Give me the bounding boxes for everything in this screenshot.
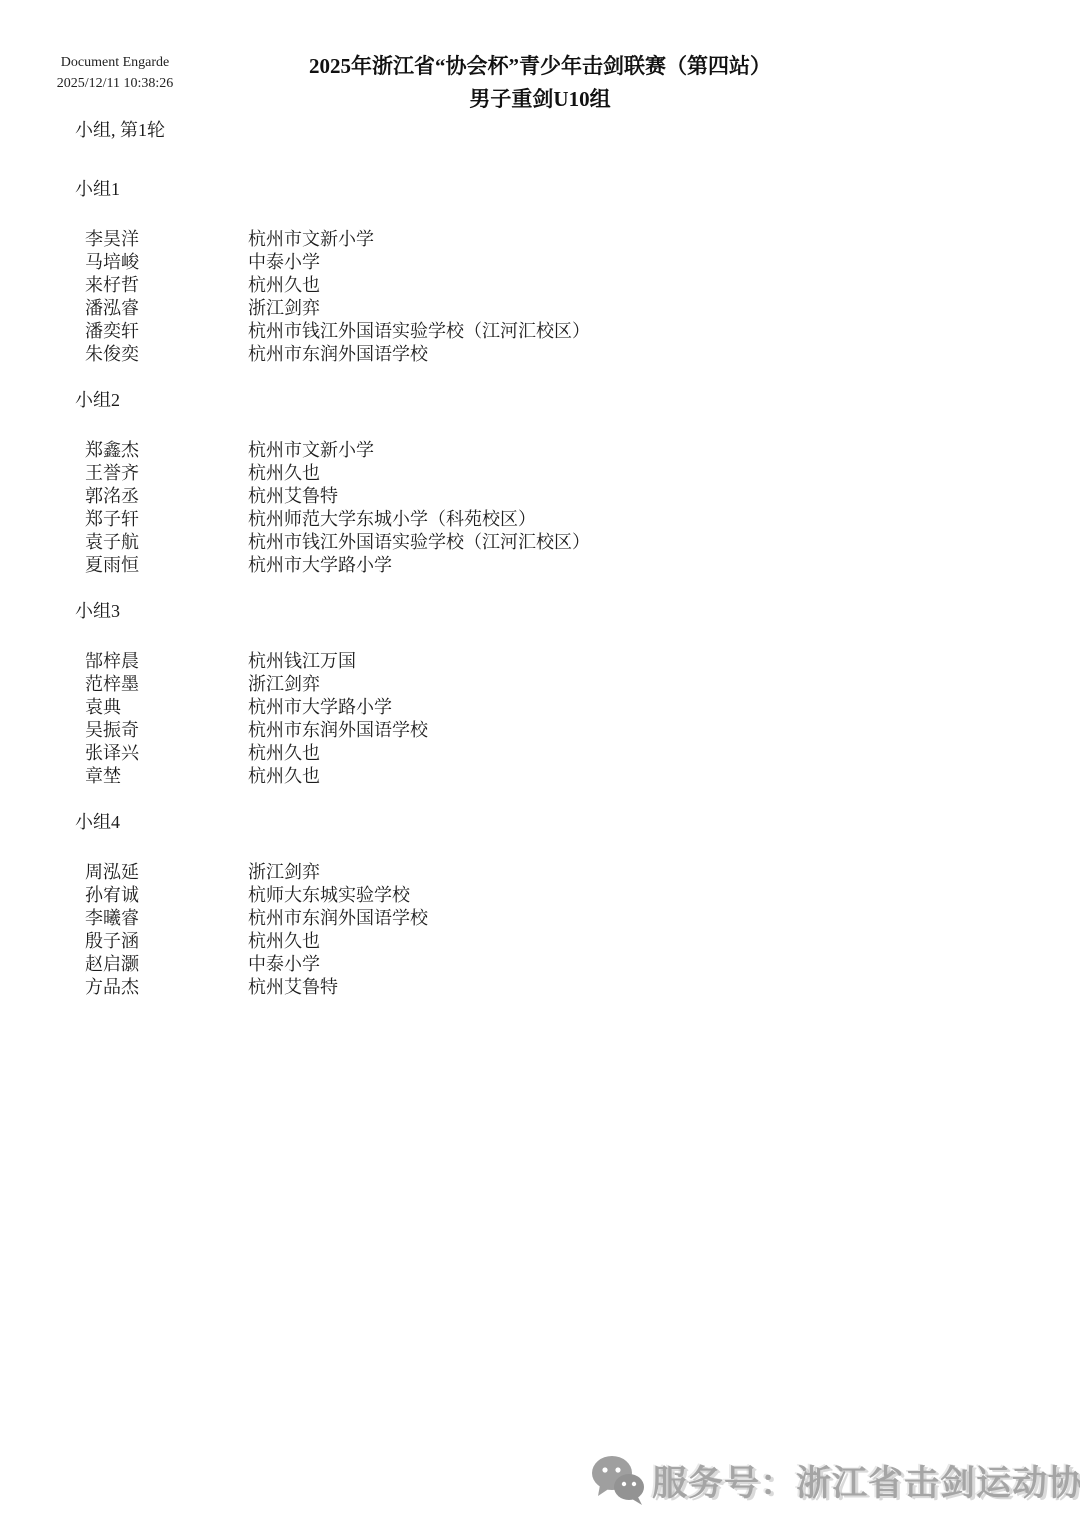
member-club: 浙江剑弈: [248, 673, 1050, 696]
member-club: 杭州艾鲁特: [248, 976, 1050, 999]
member-row: 张译兴 杭州久也: [75, 742, 1050, 765]
member-row: 王誉齐 杭州久也: [75, 462, 1050, 485]
member-name: 马培峻: [85, 251, 248, 274]
member-name: 赵启灏: [85, 953, 248, 976]
member-row: 李曦睿 杭州市东润外国语学校: [75, 907, 1050, 930]
member-club: 杭州艾鲁特: [248, 485, 1050, 508]
member-list: 郑鑫杰 杭州市文新小学 王誉齐 杭州久也 郭洺丞 杭州艾鲁特 郑子轩 杭州师范大…: [75, 439, 1050, 577]
group-section: 小组3 郜梓晨 杭州钱江万国 范梓墨 浙江剑弈 袁典 杭州市大学路小学 吴振奇 …: [75, 601, 1050, 788]
group-section: 小组2 郑鑫杰 杭州市文新小学 王誉齐 杭州久也 郭洺丞 杭州艾鲁特 郑子轩 杭…: [75, 390, 1050, 577]
member-row: 章埜 杭州久也: [75, 765, 1050, 788]
member-club: 中泰小学: [248, 953, 1050, 976]
member-name: 范梓墨: [85, 673, 248, 696]
member-club: 杭州市大学路小学: [248, 696, 1050, 719]
member-name: 郑子轩: [85, 508, 248, 531]
member-name: 张译兴: [85, 742, 248, 765]
member-club: 杭州久也: [248, 462, 1050, 485]
member-row: 夏雨恒 杭州市大学路小学: [75, 554, 1050, 577]
member-club: 浙江剑弈: [248, 297, 1050, 320]
member-club: 杭州市钱江外国语实验学校（江河汇校区）: [248, 531, 1050, 554]
member-name: 殷子涵: [85, 930, 248, 953]
member-row: 来杍哲 杭州久也: [75, 274, 1050, 297]
group-label: 小组4: [75, 812, 1050, 833]
member-club: 杭州久也: [248, 274, 1050, 297]
member-club: 杭州久也: [248, 742, 1050, 765]
watermark-text: 服务号：浙江省击剑运动协会: [652, 1456, 1080, 1506]
member-row: 殷子涵 杭州久也: [75, 930, 1050, 953]
member-row: 郑鑫杰 杭州市文新小学: [75, 439, 1050, 462]
round-label: 小组, 第1轮: [75, 120, 1050, 141]
member-name: 袁典: [85, 696, 248, 719]
member-name: 袁子航: [85, 531, 248, 554]
member-name: 章埜: [85, 765, 248, 788]
member-name: 潘泓睿: [85, 297, 248, 320]
competition-title: 2025年浙江省“协会杯”青少年击剑联赛（第四站）: [0, 50, 1080, 83]
member-name: 李曦睿: [85, 907, 248, 930]
wechat-bubbles-icon: [590, 1451, 648, 1512]
member-row: 郑子轩 杭州师范大学东城小学（科苑校区）: [75, 508, 1050, 531]
member-name: 郑鑫杰: [85, 439, 248, 462]
group-section: 小组1 李昊洋 杭州市文新小学 马培峻 中泰小学 来杍哲 杭州久也 潘泓睿 浙江…: [75, 179, 1050, 366]
member-club: 杭州市东润外国语学校: [248, 907, 1050, 930]
member-name: 李昊洋: [85, 228, 248, 251]
member-row: 赵启灏 中泰小学: [75, 953, 1050, 976]
group-label: 小组3: [75, 601, 1050, 622]
event-category: 男子重剑U10组: [0, 83, 1080, 116]
member-club: 杭州市文新小学: [248, 439, 1050, 462]
member-row: 方品杰 杭州艾鲁特: [75, 976, 1050, 999]
member-row: 郜梓晨 杭州钱江万国: [75, 650, 1050, 673]
member-club: 杭州久也: [248, 930, 1050, 953]
member-list: 周泓延 浙江剑弈 孙宥诚 杭师大东城实验学校 李曦睿 杭州市东润外国语学校 殷子…: [75, 861, 1050, 999]
member-row: 范梓墨 浙江剑弈: [75, 673, 1050, 696]
member-name: 来杍哲: [85, 274, 248, 297]
member-club: 杭州师范大学东城小学（科苑校区）: [248, 508, 1050, 531]
member-club: 杭州钱江万国: [248, 650, 1050, 673]
member-club: 浙江剑弈: [248, 861, 1050, 884]
member-row: 郭洺丞 杭州艾鲁特: [75, 485, 1050, 508]
group-section: 小组4 周泓延 浙江剑弈 孙宥诚 杭师大东城实验学校 李曦睿 杭州市东润外国语学…: [75, 812, 1050, 999]
member-row: 孙宥诚 杭师大东城实验学校: [75, 884, 1050, 907]
groups-container: 小组1 李昊洋 杭州市文新小学 马培峻 中泰小学 来杍哲 杭州久也 潘泓睿 浙江…: [75, 179, 1050, 999]
member-club: 中泰小学: [248, 251, 1050, 274]
member-row: 潘泓睿 浙江剑弈: [75, 297, 1050, 320]
member-name: 夏雨恒: [85, 554, 248, 577]
group-label: 小组2: [75, 390, 1050, 411]
poule-content: 小组, 第1轮 小组1 李昊洋 杭州市文新小学 马培峻 中泰小学 来杍哲 杭州久…: [75, 120, 1050, 1023]
member-name: 郭洺丞: [85, 485, 248, 508]
document-title: 2025年浙江省“协会杯”青少年击剑联赛（第四站） 男子重剑U10组: [0, 50, 1080, 116]
member-list: 郜梓晨 杭州钱江万国 范梓墨 浙江剑弈 袁典 杭州市大学路小学 吴振奇 杭州市东…: [75, 650, 1050, 788]
member-row: 周泓延 浙江剑弈: [75, 861, 1050, 884]
member-row: 袁子航 杭州市钱江外国语实验学校（江河汇校区）: [75, 531, 1050, 554]
member-row: 吴振奇 杭州市东润外国语学校: [75, 719, 1050, 742]
member-name: 吴振奇: [85, 719, 248, 742]
member-name: 孙宥诚: [85, 884, 248, 907]
footer-watermark: 服务号：浙江省击剑运动协会: [590, 1450, 1080, 1512]
member-list: 李昊洋 杭州市文新小学 马培峻 中泰小学 来杍哲 杭州久也 潘泓睿 浙江剑弈 潘…: [75, 228, 1050, 366]
member-name: 郜梓晨: [85, 650, 248, 673]
member-club: 杭州久也: [248, 765, 1050, 788]
member-name: 朱俊奕: [85, 343, 248, 366]
member-club: 杭州市东润外国语学校: [248, 719, 1050, 742]
member-club: 杭师大东城实验学校: [248, 884, 1050, 907]
member-club: 杭州市文新小学: [248, 228, 1050, 251]
member-club: 杭州市钱江外国语实验学校（江河汇校区）: [248, 320, 1050, 343]
member-name: 方品杰: [85, 976, 248, 999]
member-row: 马培峻 中泰小学: [75, 251, 1050, 274]
member-name: 潘奕轩: [85, 320, 248, 343]
member-row: 朱俊奕 杭州市东润外国语学校: [75, 343, 1050, 366]
member-name: 王誉齐: [85, 462, 248, 485]
member-name: 周泓延: [85, 861, 248, 884]
member-row: 潘奕轩 杭州市钱江外国语实验学校（江河汇校区）: [75, 320, 1050, 343]
member-row: 袁典 杭州市大学路小学: [75, 696, 1050, 719]
group-label: 小组1: [75, 179, 1050, 200]
member-club: 杭州市大学路小学: [248, 554, 1050, 577]
member-club: 杭州市东润外国语学校: [248, 343, 1050, 366]
member-row: 李昊洋 杭州市文新小学: [75, 228, 1050, 251]
document-page: Document Engarde 2025/12/11 10:38:26 202…: [0, 0, 1080, 1528]
